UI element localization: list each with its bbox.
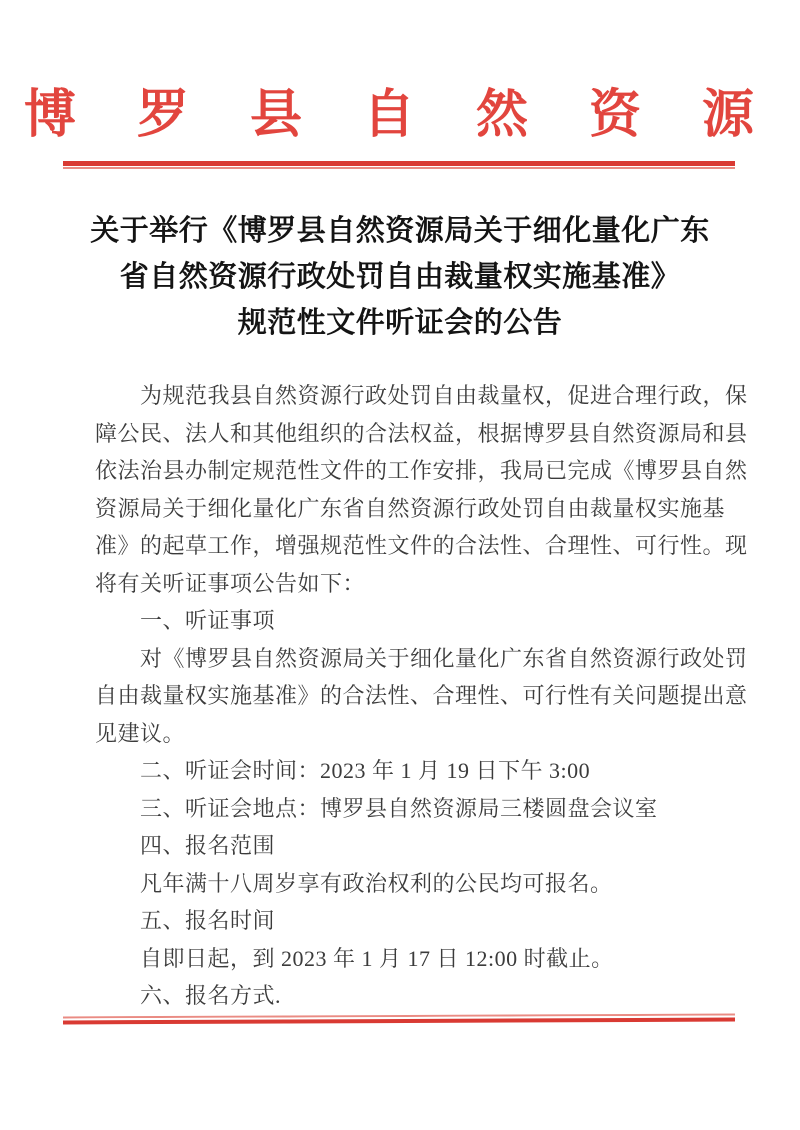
body-line: 一、听证事项: [95, 602, 765, 640]
body-line: 凡年满十八周岁享有政治权利的公民均可报名。: [95, 865, 765, 903]
body-line: 三、听证会地点：博罗县自然资源局三楼圆盘会议室: [95, 790, 765, 828]
body-line: 二、听证会时间：2023 年 1 月 19 日下午 3:00: [95, 752, 765, 790]
document-title: 关于举行《博罗县自然资源局关于细化量化广东 省自然资源行政处罚自由裁量权实施基准…: [40, 208, 760, 346]
letterhead-agency-name: 博 罗 县 自 然 资 源 局: [0, 84, 800, 148]
document-title-line: 关于举行《博罗县自然资源局关于细化量化广东: [40, 208, 760, 254]
letterhead-divider-rule: [63, 161, 735, 169]
rule-thin-line: [63, 167, 735, 169]
body-line: 准》的起草工作，增强规范性文件的合法性、合理性、可行性。现: [95, 527, 765, 565]
body-line: 将有关听证事项公告如下：: [95, 565, 765, 603]
body-line: 自即日起，到 2023 年 1 月 17 日 12:00 时截止。: [95, 940, 765, 978]
body-line: 自由裁量权实施基准》的合法性、合理性、可行性有关问题提出意: [95, 677, 765, 715]
document-title-line: 规范性文件听证会的公告: [40, 300, 760, 346]
body-line: 见建议。: [95, 715, 765, 753]
body-line: 六、报名方式.: [95, 977, 765, 1015]
body-line: 依法治县办制定规范性文件的工作安排，我局已完成《博罗县自然: [95, 452, 765, 490]
document-page: 博 罗 县 自 然 资 源 局 关于举行《博罗县自然资源局关于细化量化广东 省自…: [0, 0, 800, 1130]
body-line: 为规范我县自然资源行政处罚自由裁量权，促进合理行政，保: [95, 377, 765, 415]
document-title-line: 省自然资源行政处罚自由裁量权实施基准》: [40, 254, 760, 300]
body-line: 资源局关于细化量化广东省自然资源行政处罚自由裁量权实施基: [95, 490, 765, 528]
body-line: 五、报名时间: [95, 902, 765, 940]
document-body: 为规范我县自然资源行政处罚自由裁量权，促进合理行政，保障公民、法人和其他组织的合…: [95, 377, 765, 1015]
body-line: 四、报名范围: [95, 827, 765, 865]
footer-divider-rule: [63, 1014, 735, 1025]
body-line: 对《博罗县自然资源局关于细化量化广东省自然资源行政处罚: [95, 640, 765, 678]
body-line: 障公民、法人和其他组织的合法权益，根据博罗县自然资源局和县: [95, 415, 765, 453]
